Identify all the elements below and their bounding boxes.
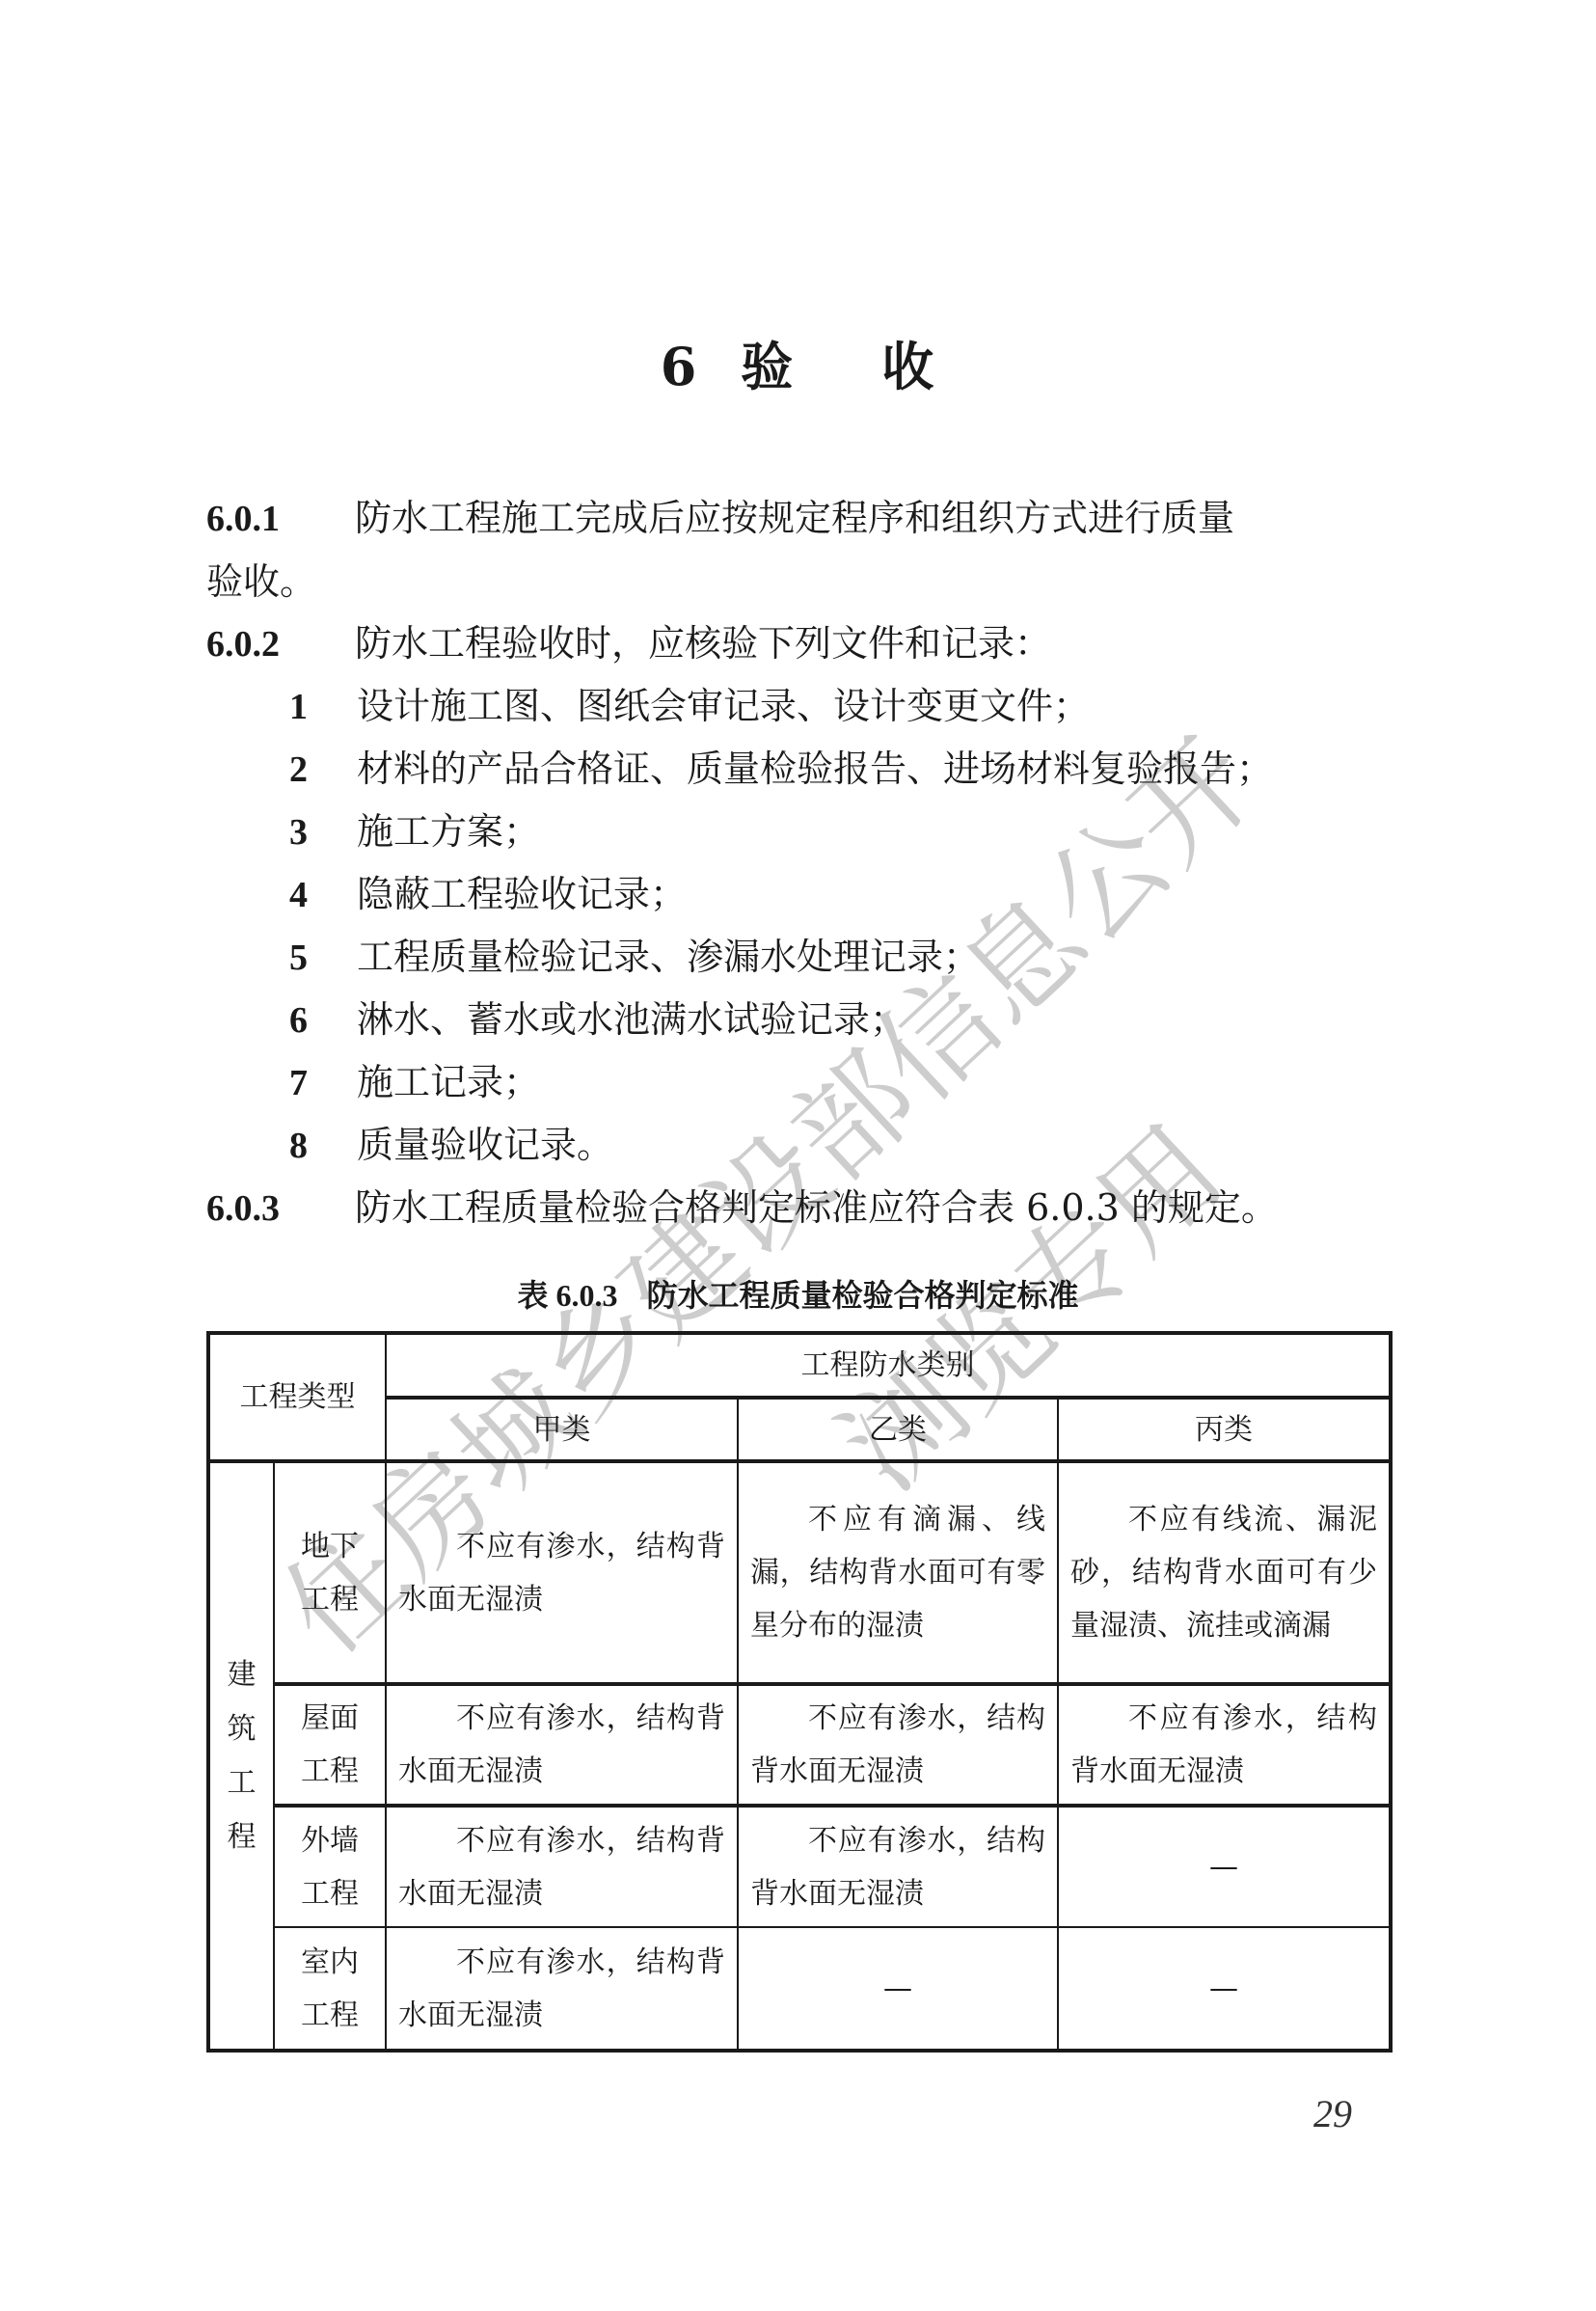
list-item: 1设计施工图、图纸会审记录、设计变更文件； [289,675,1090,739]
cell-class-a: 不应有渗水，结构背水面无湿渍 [386,1684,738,1806]
list-item: 2材料的产品合格证、质量检验报告、进场材料复验报告； [289,738,1273,802]
clause-number: 6.0.1 [206,488,355,551]
item-number: 4 [289,864,357,927]
cell-class-b: — [738,1927,1058,2051]
table-caption: 表 6.0.3防水工程质量检验合格判定标准 [0,1271,1596,1316]
clause-text: 防水工程施工完成后应按规定程序和组织方式进行质量 [355,497,1234,539]
cell-class-c: 不应有渗水，结构背水面无湿渍 [1058,1684,1391,1806]
cell-class-b: 不应有滴漏、线漏，结构背水面可有零星分布的湿渍 [738,1461,1058,1684]
group-label-char: 工 [210,1756,273,1810]
header-class-b: 乙类 [738,1398,1058,1461]
cell-class-c: 不应有线流、漏泥砂，结构背水面可有少量湿渍、流挂或滴漏 [1058,1461,1391,1684]
item-text: 施工记录； [357,1061,540,1103]
clause-text: 防水工程验收时，应核验下列文件和记录： [355,622,1051,665]
clause-number: 6.0.2 [206,613,355,676]
item-text: 材料的产品合格证、质量检验报告、进场材料复验报告； [357,748,1273,790]
group-label-char: 筑 [210,1702,273,1756]
cell-class-b: 不应有渗水，结构背水面无湿渍 [738,1684,1058,1806]
clause-text-cont: 验收。 [206,560,316,603]
clause-6-0-1: 6.0.1防水工程施工完成后应按规定程序和组织方式进行质量 验收。 [206,487,1393,613]
item-number: 1 [289,676,357,739]
list-item: 3施工方案； [289,801,540,864]
list-item: 7施工记录； [289,1051,540,1115]
row-type: 地下工程 [274,1461,386,1684]
row-type: 室内工程 [274,1927,386,2051]
chapter-number: 6 [661,336,699,397]
header-type: 工程类型 [208,1333,386,1461]
cell-class-c: — [1058,1927,1391,2051]
list-item: 4隐蔽工程验收记录； [289,863,687,927]
item-number: 6 [289,990,357,1052]
clause-number: 6.0.3 [206,1178,355,1240]
cell-class-a: 不应有渗水，结构背水面无湿渍 [386,1461,738,1684]
cell-class-b: 不应有渗水，结构背水面无湿渍 [738,1806,1058,1927]
row-type: 屋面工程 [274,1684,386,1806]
table-caption-title: 防水工程质量检验合格判定标准 [647,1277,1079,1314]
item-text: 设计施工图、图纸会审记录、设计变更文件； [357,685,1090,727]
item-number: 3 [289,802,357,864]
table-row: 外墙工程 不应有渗水，结构背水面无湿渍 不应有渗水，结构背水面无湿渍 — [208,1806,1391,1927]
table-header-row: 工程类型 工程防水类别 [208,1333,1391,1398]
item-text: 隐蔽工程验收记录； [357,873,687,915]
header-group: 工程防水类别 [386,1333,1391,1398]
cell-class-a: 不应有渗水，结构背水面无湿渍 [386,1806,738,1927]
item-text: 淋水、蓄水或水池满水试验记录； [357,998,906,1041]
item-number: 7 [289,1052,357,1115]
list-item: 6淋水、蓄水或水池满水试验记录； [289,989,906,1052]
cell-class-c: — [1058,1806,1391,1927]
item-text: 施工方案； [357,810,540,853]
clause-text: 防水工程质量检验合格判定标准应符合表 6.0.3 的规定。 [355,1186,1278,1229]
row-type: 外墙工程 [274,1806,386,1927]
clause-6-0-2: 6.0.2防水工程验收时，应核验下列文件和记录： [206,612,1393,676]
criteria-table: 工程类型 工程防水类别 甲类 乙类 丙类 建 筑 工 程 地下工程 不应有渗水，… [206,1331,1393,2053]
item-text: 质量验收记录。 [357,1124,613,1166]
clause-6-0-3: 6.0.3防水工程质量检验合格判定标准应符合表 6.0.3 的规定。 [206,1177,1393,1240]
group-label-char: 建 [210,1648,273,1702]
cell-class-a: 不应有渗水，结构背水面无湿渍 [386,1927,738,2051]
table-row: 屋面工程 不应有渗水，结构背水面无湿渍 不应有渗水，结构背水面无湿渍 不应有渗水… [208,1684,1391,1806]
header-class-a: 甲类 [386,1398,738,1461]
page-number: 29 [1313,2091,1352,2136]
table-row: 室内工程 不应有渗水，结构背水面无湿渍 — — [208,1927,1391,2051]
item-number: 5 [289,927,357,990]
list-item: 5工程质量检验记录、渗漏水处理记录； [289,926,980,990]
header-class-c: 丙类 [1058,1398,1391,1461]
table-row: 建 筑 工 程 地下工程 不应有渗水，结构背水面无湿渍 不应有滴漏、线漏，结构背… [208,1461,1391,1684]
group-label: 建 筑 工 程 [208,1461,274,2051]
chapter-title-char1: 验 [741,336,795,397]
table-caption-number: 表 6.0.3 [517,1278,617,1313]
table-header-row: 甲类 乙类 丙类 [208,1398,1391,1461]
group-label-char: 程 [210,1810,273,1864]
item-text: 工程质量检验记录、渗漏水处理记录； [357,936,980,978]
item-number: 8 [289,1115,357,1178]
chapter-title-char2: 收 [881,336,935,397]
chapter-title: 6验收 [0,326,1596,400]
list-item: 8质量验收记录。 [289,1114,613,1178]
item-number: 2 [289,739,357,802]
